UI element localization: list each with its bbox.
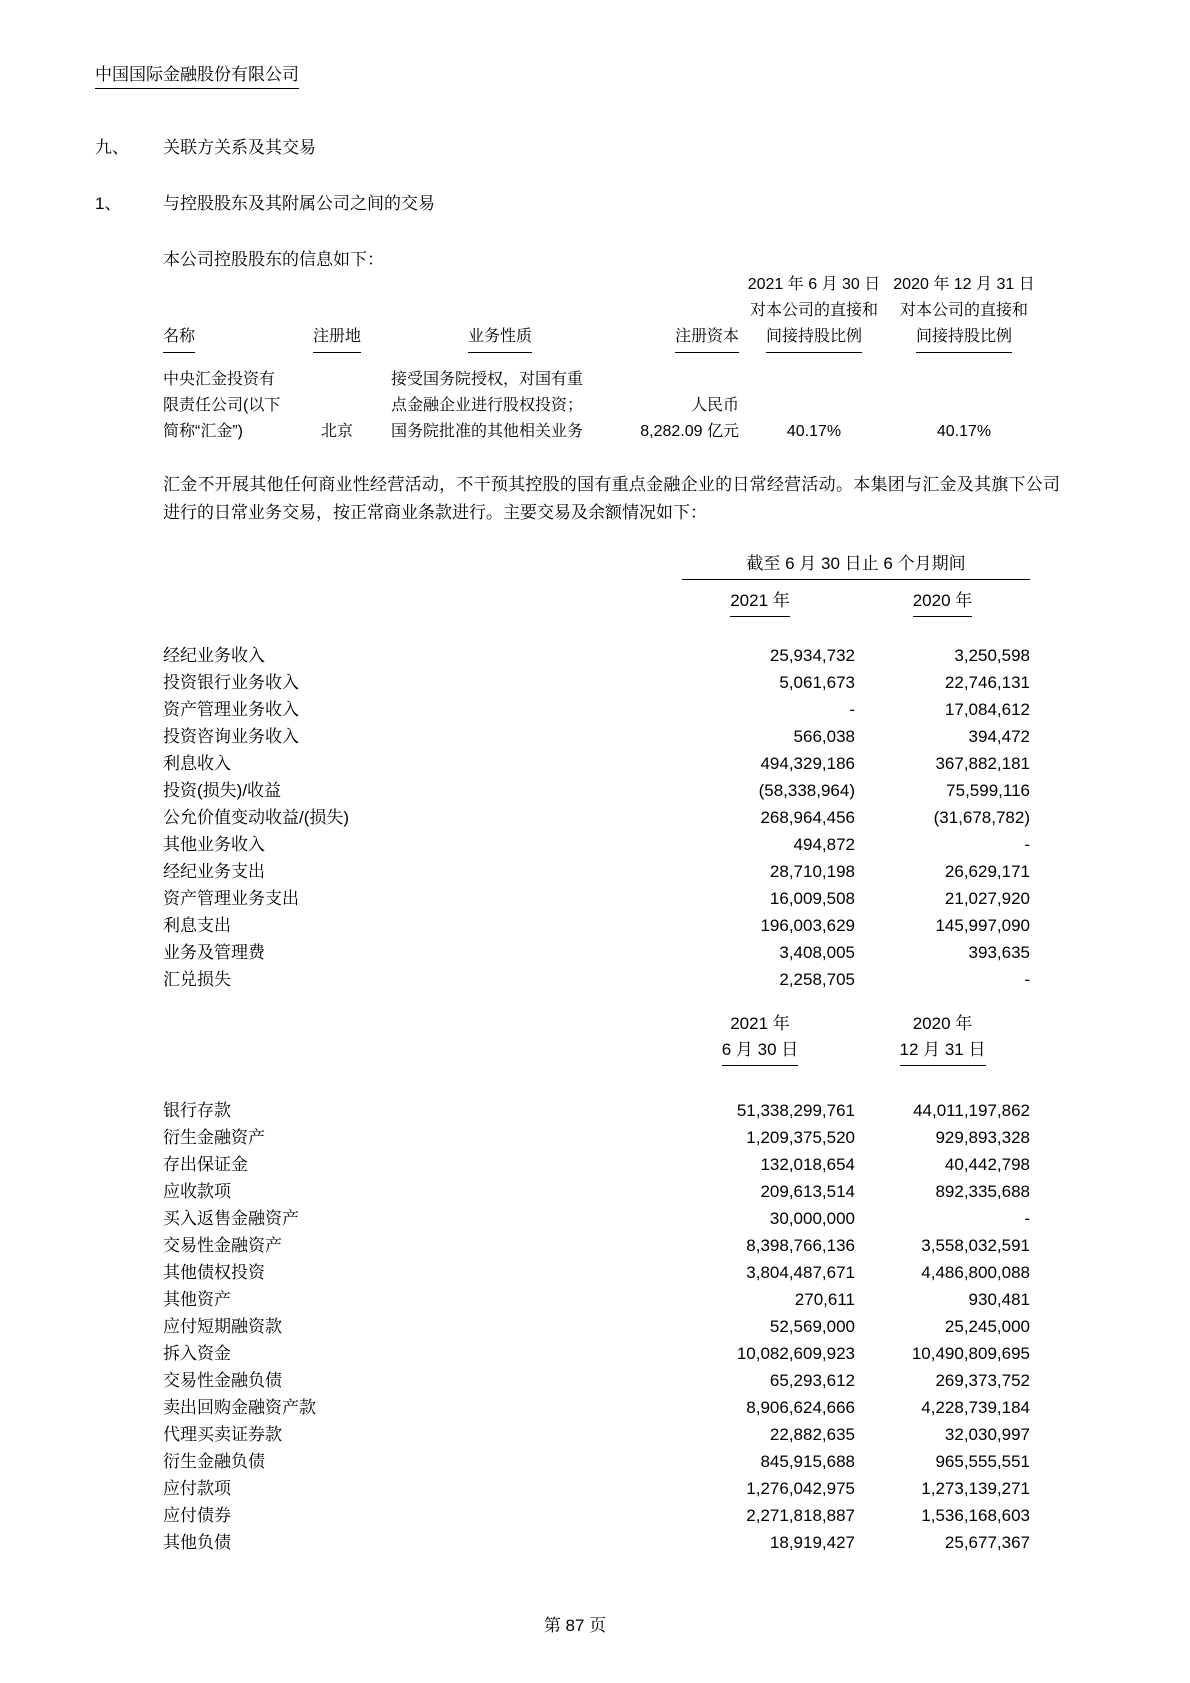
value-2021: 10,082,609,923 [665, 1340, 855, 1367]
value-2021: 51,338,299,761 [665, 1097, 855, 1124]
value-2021: 8,906,624,666 [665, 1394, 855, 1421]
row-label: 应付款项 [163, 1475, 665, 1502]
row-label: 买入返售金融资产 [163, 1205, 665, 1232]
balances-table: 2021 年 6 月 30 日 2020 年 12 月 31 日 银行存款51,… [163, 1011, 1030, 1556]
value-2020: 17,084,612 [855, 696, 1030, 723]
value-2021: 3,804,487,671 [665, 1259, 855, 1286]
row-label: 其他资产 [163, 1286, 665, 1313]
value-2021: 28,710,198 [665, 858, 855, 885]
section-title: 关联方关系及其交易 [163, 133, 316, 158]
balances-rows: 银行存款51,338,299,76144,011,197,862衍生金融资产1,… [163, 1097, 1030, 1556]
value-2020: 965,555,551 [855, 1448, 1030, 1475]
subsection-title: 与控股股东及其附属公司之间的交易 [163, 189, 435, 214]
shareholder-table-row: 中央汇金投资有 限责任公司(以下 简称“汇金”) 北京 接受国务院授权，对国有重… [163, 353, 1039, 445]
value-2021: 18,919,427 [665, 1529, 855, 1556]
value-2020: 32,030,997 [855, 1421, 1030, 1448]
row-label: 代理买卖证券款 [163, 1421, 665, 1448]
row-label: 经纪业务支出 [163, 858, 665, 885]
value-2020: 26,629,171 [855, 858, 1030, 885]
row-label: 资产管理业务收入 [163, 696, 665, 723]
section-heading: 九、 关联方关系及其交易 [95, 133, 1190, 158]
col-header-pct-2020: 2020 年 12 月 31 日 对本公司的直接和 间接持股比例 [889, 272, 1039, 353]
row-label: 应付短期融资款 [163, 1313, 665, 1340]
period-header: 截至 6 月 30 日止 6 个月期间 [682, 549, 1030, 580]
table-row: 业务及管理费3,408,005393,635 [163, 939, 1030, 966]
value-2021: 2,258,705 [665, 966, 855, 993]
row-label: 其他业务收入 [163, 831, 665, 858]
value-2020: 929,893,328 [855, 1124, 1030, 1151]
col-header-2021: 2021 年 [665, 588, 855, 617]
table-row: 其他资产270,611930,481 [163, 1286, 1030, 1313]
intro-text: 本公司控股股东的信息如下： [163, 245, 1190, 270]
row-label: 衍生金融负债 [163, 1448, 665, 1475]
row-label: 其他负债 [163, 1529, 665, 1556]
value-2020: 1,536,168,603 [855, 1502, 1030, 1529]
table-row: 其他业务收入494,872- [163, 831, 1030, 858]
cell-business-nature: 接受国务院授权，对国有重 点金融企业进行股权投资； 国务院批准的其他相关业务 [391, 353, 609, 445]
value-2021: 494,329,186 [665, 750, 855, 777]
row-label: 利息收入 [163, 750, 665, 777]
value-2021: 494,872 [665, 831, 855, 858]
row-label: 投资银行业务收入 [163, 669, 665, 696]
value-2020: - [855, 966, 1030, 993]
value-2020: 3,250,598 [855, 642, 1030, 669]
col-header-capital: 注册资本 [609, 272, 739, 353]
table-row: 资产管理业务支出16,009,50821,027,920 [163, 885, 1030, 912]
row-label: 投资咨询业务收入 [163, 723, 665, 750]
value-2020: 394,472 [855, 723, 1030, 750]
value-2021: 52,569,000 [665, 1313, 855, 1340]
value-2021: 268,964,456 [665, 804, 855, 831]
company-name: 中国国际金融股份有限公司 [95, 64, 299, 89]
value-2020: 4,486,800,088 [855, 1259, 1030, 1286]
row-label: 资产管理业务支出 [163, 885, 665, 912]
value-2021: 132,018,654 [665, 1151, 855, 1178]
row-label: 利息支出 [163, 912, 665, 939]
value-2020: 145,997,090 [855, 912, 1030, 939]
table-row: 存出保证金132,018,65440,442,798 [163, 1151, 1030, 1178]
table-row: 应付短期融资款52,569,00025,245,000 [163, 1313, 1030, 1340]
value-2021: 845,915,688 [665, 1448, 855, 1475]
note-paragraph: 汇金不开展其他任何商业性经营活动，不干预其控股的国有重点金融企业的日常经营活动。… [163, 471, 1060, 527]
table-row: 公允价值变动收益/(损失)268,964,456(31,678,782) [163, 804, 1030, 831]
value-2020: 4,228,739,184 [855, 1394, 1030, 1421]
subsection-number: 1、 [95, 189, 163, 214]
table-row: 资产管理业务收入-17,084,612 [163, 696, 1030, 723]
value-2021: 1,209,375,520 [665, 1124, 855, 1151]
value-2020: 269,373,752 [855, 1367, 1030, 1394]
table-row: 经纪业务收入25,934,7323,250,598 [163, 642, 1030, 669]
row-label: 汇兑损失 [163, 966, 665, 993]
row-label: 其他债权投资 [163, 1259, 665, 1286]
value-2021: 196,003,629 [665, 912, 855, 939]
table-row: 其他债权投资3,804,487,6714,486,800,088 [163, 1259, 1030, 1286]
value-2020: 930,481 [855, 1286, 1030, 1313]
value-2020: - [855, 1205, 1030, 1232]
value-2020: 25,677,367 [855, 1529, 1030, 1556]
value-2020: 10,490,809,695 [855, 1340, 1030, 1367]
table-row: 投资咨询业务收入566,038394,472 [163, 723, 1030, 750]
table-row: 买入返售金融资产30,000,000- [163, 1205, 1030, 1232]
table-row: 交易性金融资产8,398,766,1363,558,032,591 [163, 1232, 1030, 1259]
shareholder-table-header-row: 名称 注册地 业务性质 注册资本 2021 年 6 月 30 日 对本公司的直接… [163, 272, 1039, 353]
value-2020: 40,442,798 [855, 1151, 1030, 1178]
table-row: 汇兑损失2,258,705- [163, 966, 1030, 993]
table-row: 应收款项209,613,514892,335,688 [163, 1178, 1030, 1205]
value-2021: 30,000,000 [665, 1205, 855, 1232]
value-2020: 25,245,000 [855, 1313, 1030, 1340]
transactions-table: 截至 6 月 30 日止 6 个月期间 2021 年 2020 年 经纪业务收入… [163, 549, 1030, 993]
col-header-business: 业务性质 [391, 272, 609, 353]
row-label: 应付债券 [163, 1502, 665, 1529]
col-header-2020-1231: 2020 年 12 月 31 日 [855, 1011, 1030, 1066]
value-2020: 892,335,688 [855, 1178, 1030, 1205]
row-label: 卖出回购金融资产款 [163, 1394, 665, 1421]
value-2021: 2,271,818,887 [665, 1502, 855, 1529]
value-2020: - [855, 831, 1030, 858]
row-label: 经纪业务收入 [163, 642, 665, 669]
row-label: 交易性金融负债 [163, 1367, 665, 1394]
col-header-name: 名称 [163, 272, 313, 353]
balances-year-header-row: 2021 年 6 月 30 日 2020 年 12 月 31 日 [163, 1011, 1030, 1066]
value-2020: 21,027,920 [855, 885, 1030, 912]
period-header-row: 截至 6 月 30 日止 6 个月期间 [163, 549, 1030, 580]
row-label: 银行存款 [163, 1097, 665, 1124]
subsection-heading: 1、 与控股股东及其附属公司之间的交易 [95, 189, 1190, 214]
table-row: 拆入资金10,082,609,92310,490,809,695 [163, 1340, 1030, 1367]
table-row: 投资银行业务收入5,061,67322,746,131 [163, 669, 1030, 696]
cell-pct-2021: 40.17% [739, 353, 889, 445]
value-2021: 5,061,673 [665, 669, 855, 696]
document-page: 中国国际金融股份有限公司 九、 关联方关系及其交易 1、 与控股股东及其附属公司… [0, 0, 1190, 1683]
value-2020: 22,746,131 [855, 669, 1030, 696]
row-label: 公允价值变动收益/(损失) [163, 804, 665, 831]
col-header-pct-2021: 2021 年 6 月 30 日 对本公司的直接和 间接持股比例 [739, 272, 889, 353]
value-2021: (58,338,964) [665, 777, 855, 804]
table-row: 应付债券2,271,818,8871,536,168,603 [163, 1502, 1030, 1529]
value-2021: 8,398,766,136 [665, 1232, 855, 1259]
col-header-place: 注册地 [313, 272, 391, 353]
cell-registered-capital: 人民币 8,282.09 亿元 [609, 353, 739, 445]
shareholder-info-table: 名称 注册地 业务性质 注册资本 2021 年 6 月 30 日 对本公司的直接… [163, 272, 1039, 445]
section-number: 九、 [95, 133, 163, 158]
table-row: 银行存款51,338,299,76144,011,197,862 [163, 1097, 1030, 1124]
value-2021: 270,611 [665, 1286, 855, 1313]
cell-shareholder-name: 中央汇金投资有 限责任公司(以下 简称“汇金”) [163, 353, 313, 445]
value-2020: 367,882,181 [855, 750, 1030, 777]
value-2021: 566,038 [665, 723, 855, 750]
value-2020: 44,011,197,862 [855, 1097, 1030, 1124]
year-header-row: 2021 年 2020 年 [163, 588, 1030, 617]
table-row: 利息支出196,003,629145,997,090 [163, 912, 1030, 939]
value-2021: 65,293,612 [665, 1367, 855, 1394]
page-number: 第 87 页 [0, 1611, 1150, 1636]
row-label: 存出保证金 [163, 1151, 665, 1178]
table-row: 卖出回购金融资产款8,906,624,6664,228,739,184 [163, 1394, 1030, 1421]
value-2021: 3,408,005 [665, 939, 855, 966]
transactions-rows: 经纪业务收入25,934,7323,250,598投资银行业务收入5,061,6… [163, 642, 1030, 993]
cell-registration-place: 北京 [313, 353, 391, 445]
row-label: 应收款项 [163, 1178, 665, 1205]
table-row: 应付款项1,276,042,9751,273,139,271 [163, 1475, 1030, 1502]
row-label: 业务及管理费 [163, 939, 665, 966]
value-2020: (31,678,782) [855, 804, 1030, 831]
table-row: 经纪业务支出28,710,19826,629,171 [163, 858, 1030, 885]
table-row: 交易性金融负债65,293,612269,373,752 [163, 1367, 1030, 1394]
value-2020: 75,599,116 [855, 777, 1030, 804]
row-label: 交易性金融资产 [163, 1232, 665, 1259]
value-2021: 16,009,508 [665, 885, 855, 912]
value-2020: 1,273,139,271 [855, 1475, 1030, 1502]
table-row: 衍生金融资产1,209,375,520929,893,328 [163, 1124, 1030, 1151]
value-2021: - [665, 696, 855, 723]
table-row: 其他负债18,919,42725,677,367 [163, 1529, 1030, 1556]
value-2021: 209,613,514 [665, 1178, 855, 1205]
cell-pct-2020: 40.17% [889, 353, 1039, 445]
value-2021: 1,276,042,975 [665, 1475, 855, 1502]
company-header: 中国国际金融股份有限公司 [95, 64, 1190, 89]
table-row: 代理买卖证券款22,882,63532,030,997 [163, 1421, 1030, 1448]
col-header-2020: 2020 年 [855, 588, 1030, 617]
value-2021: 25,934,732 [665, 642, 855, 669]
row-label: 衍生金融资产 [163, 1124, 665, 1151]
value-2020: 393,635 [855, 939, 1030, 966]
value-2020: 3,558,032,591 [855, 1232, 1030, 1259]
table-row: 投资(损失)/收益(58,338,964)75,599,116 [163, 777, 1030, 804]
row-label: 投资(损失)/收益 [163, 777, 665, 804]
row-label: 拆入资金 [163, 1340, 665, 1367]
value-2021: 22,882,635 [665, 1421, 855, 1448]
table-row: 利息收入494,329,186367,882,181 [163, 750, 1030, 777]
table-row: 衍生金融负债845,915,688965,555,551 [163, 1448, 1030, 1475]
col-header-2021-0630: 2021 年 6 月 30 日 [665, 1011, 855, 1066]
